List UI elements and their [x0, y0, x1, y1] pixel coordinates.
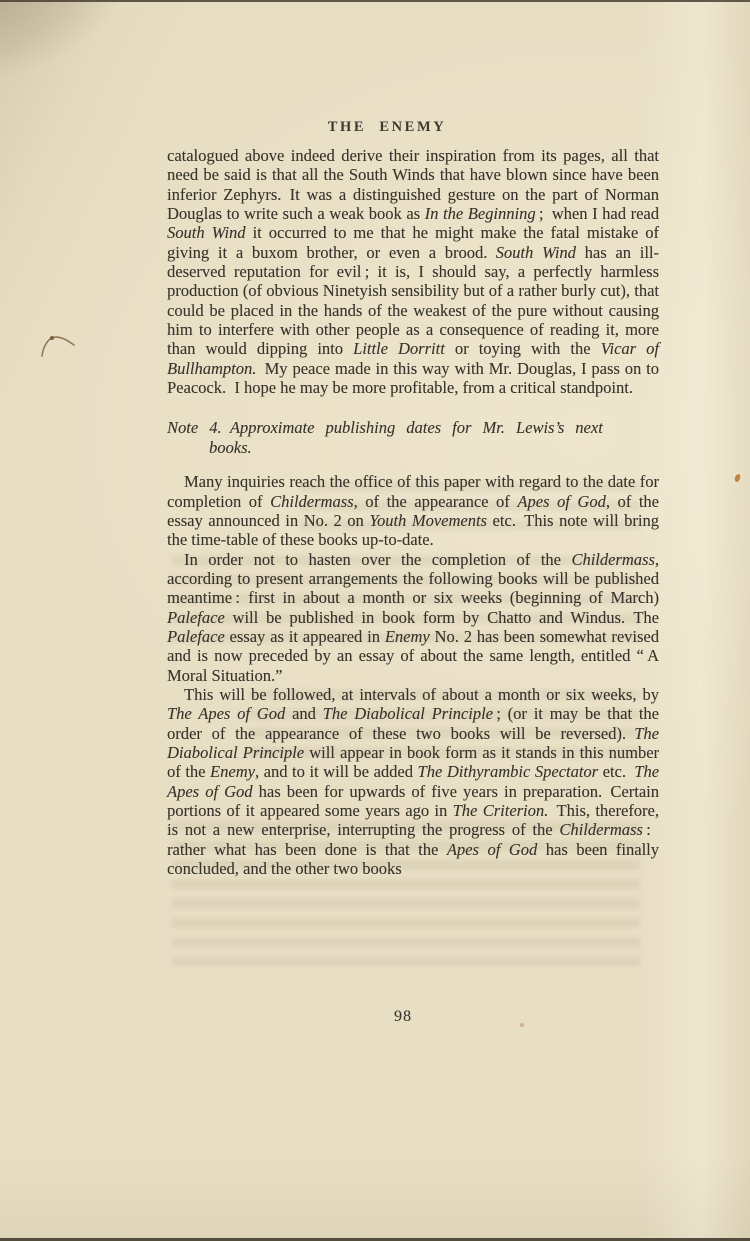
text-run: or toying with the	[445, 339, 601, 358]
text-run: will be published in book form by Chatto…	[225, 608, 659, 627]
italic-text-run: South Wind	[167, 223, 246, 242]
text-run: , and to it will be added	[255, 762, 418, 781]
text-run: and	[285, 704, 322, 723]
italic-text-run: Paleface	[167, 608, 225, 627]
running-header: THE ENEMY	[107, 119, 667, 136]
italic-text-run: South Wind	[496, 243, 576, 262]
text-run: essay as it appeared in	[225, 627, 385, 646]
italic-text-run: Apes of God	[517, 492, 605, 511]
note-paragraph-3: This will be followed, at intervals of a…	[167, 685, 659, 878]
note-paragraph-1: Many inquiries reach the office of this …	[167, 472, 659, 549]
ink-mark	[40, 334, 78, 360]
note-paragraph-2: In order not to hasten over the completi…	[167, 550, 659, 685]
italic-text-run: In the Beginning	[425, 204, 536, 223]
italic-text-run: Apes of God	[447, 840, 537, 859]
italic-text-run: Note 4. Approximate publishing dates for…	[167, 418, 603, 437]
text-run: ; when I had read	[536, 204, 659, 223]
italic-text-run: Youth Movements	[369, 511, 487, 530]
note-heading: Note 4. Approximate publishing dates for…	[167, 418, 659, 457]
text-run: etc.	[598, 762, 634, 781]
text-run: , of the appearance of	[354, 492, 518, 511]
italic-text-run: Enemy	[210, 762, 255, 781]
italic-text-run: books.	[209, 438, 252, 457]
text-run: In order not to hasten over the completi…	[184, 550, 571, 569]
italic-text-run: Paleface	[167, 627, 225, 646]
italic-text-run: The Dithyrambic Spectator	[418, 762, 599, 781]
page-top-edge	[0, 0, 750, 2]
stain-speck	[734, 474, 741, 483]
text-run: This will be followed, at intervals of a…	[184, 685, 659, 704]
italic-text-run: Childermass	[571, 550, 654, 569]
book-page-scan: THE ENEMY catalogued above indeed derive…	[0, 0, 750, 1241]
italic-text-run: Childermass	[270, 492, 353, 511]
continuation-paragraph: catalogued above indeed derive their ins…	[167, 146, 659, 397]
italic-text-run: Childermass	[559, 820, 642, 839]
text-block: catalogued above indeed derive their ins…	[167, 146, 659, 878]
paper-fleck	[520, 1023, 524, 1027]
italic-text-run: The Criterion.	[453, 801, 549, 820]
page-corner-shadow	[0, 0, 240, 170]
italic-text-run: The Apes of God	[167, 704, 285, 723]
italic-text-run: Enemy	[385, 627, 430, 646]
italic-text-run: Little Dorritt	[353, 339, 445, 358]
italic-text-run: The Diabolical Principle	[323, 704, 493, 723]
page-number: 98	[147, 1008, 659, 1026]
